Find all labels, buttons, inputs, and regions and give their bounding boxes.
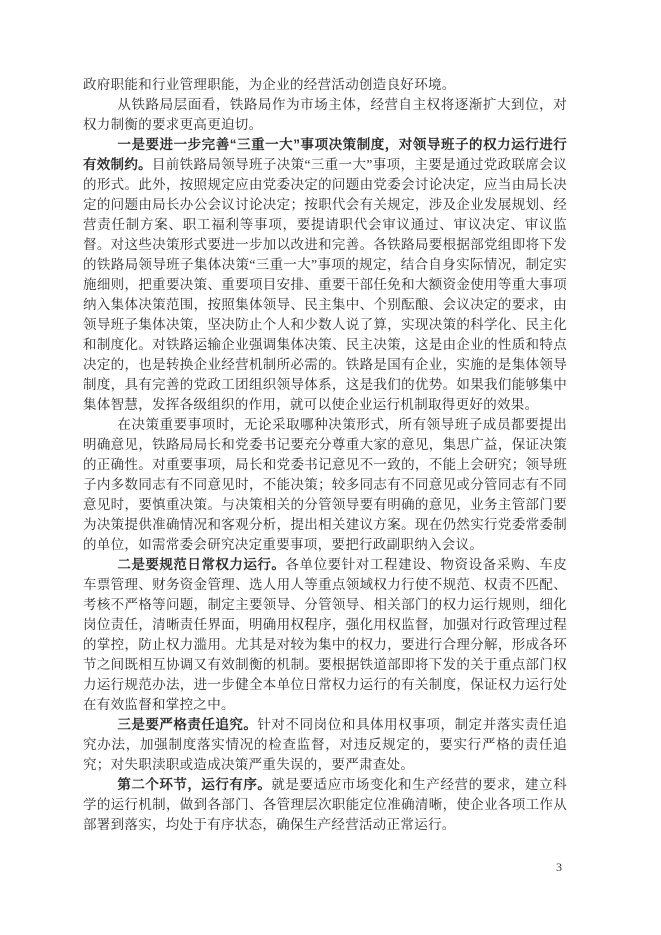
paragraph-1: 政府职能和行业管理职能，为企业的经营活动创造良好环境。 [83, 75, 567, 95]
paragraph-text: 在决策重要事项时，无论采取哪种决策形式，所有领导班子成员都要提出明确意见，铁路局… [83, 417, 567, 552]
document-page: 政府职能和行业管理职能，为企业的经营活动创造良好环境。 从铁路局层面看，铁路局作… [83, 75, 567, 835]
paragraph-lead: 三是要严格责任追究。 [117, 717, 257, 732]
paragraph-lead: 第二个环节，运行有序。 [117, 777, 271, 792]
paragraph-text: 各单位要针对工程建设、物资设备采购、车皮车票管理、财务资金管理、选人用人等重点领… [83, 557, 567, 712]
paragraph-7: 第二个环节，运行有序。就是要适应市场变化和生产经营的要求，建立科学的运行机制，做… [83, 775, 567, 835]
paragraph-5: 二是要规范日常权力运行。各单位要针对工程建设、物资设备采购、车皮车票管理、财务资… [83, 555, 567, 715]
paragraph-2: 从铁路局层面看，铁路局作为市场主体，经营自主权将逐渐扩大到位，对权力制衡的要求更… [83, 95, 567, 135]
document-canvas: { "page": { "number": "3", "paragraphs":… [0, 0, 661, 935]
paragraph-text: 目前铁路局领导班子决策“三重一大”事项，主要是通过党政联席会议的形式。此外，按照… [83, 157, 567, 412]
page-number: 3 [549, 860, 569, 875]
paragraph-lead: 二是要规范日常权力运行。 [117, 557, 285, 572]
paragraph-text: 政府职能和行业管理职能，为企业的经营活动创造良好环境。 [83, 77, 456, 92]
paragraph-3: 一是要进一步完善“三重一大”事项决策制度，对领导班子的权力运行进行有效制约。目前… [83, 135, 567, 415]
paragraph-4: 在决策重要事项时，无论采取哪种决策形式，所有领导班子成员都要提出明确意见，铁路局… [83, 415, 567, 555]
paragraph-6: 三是要严格责任追究。针对不同岗位和具体用权事项，制定并落实责任追究办法，加强制度… [83, 715, 567, 775]
paragraph-text: 从铁路局层面看，铁路局作为市场主体，经营自主权将逐渐扩大到位，对权力制衡的要求更… [83, 97, 567, 132]
